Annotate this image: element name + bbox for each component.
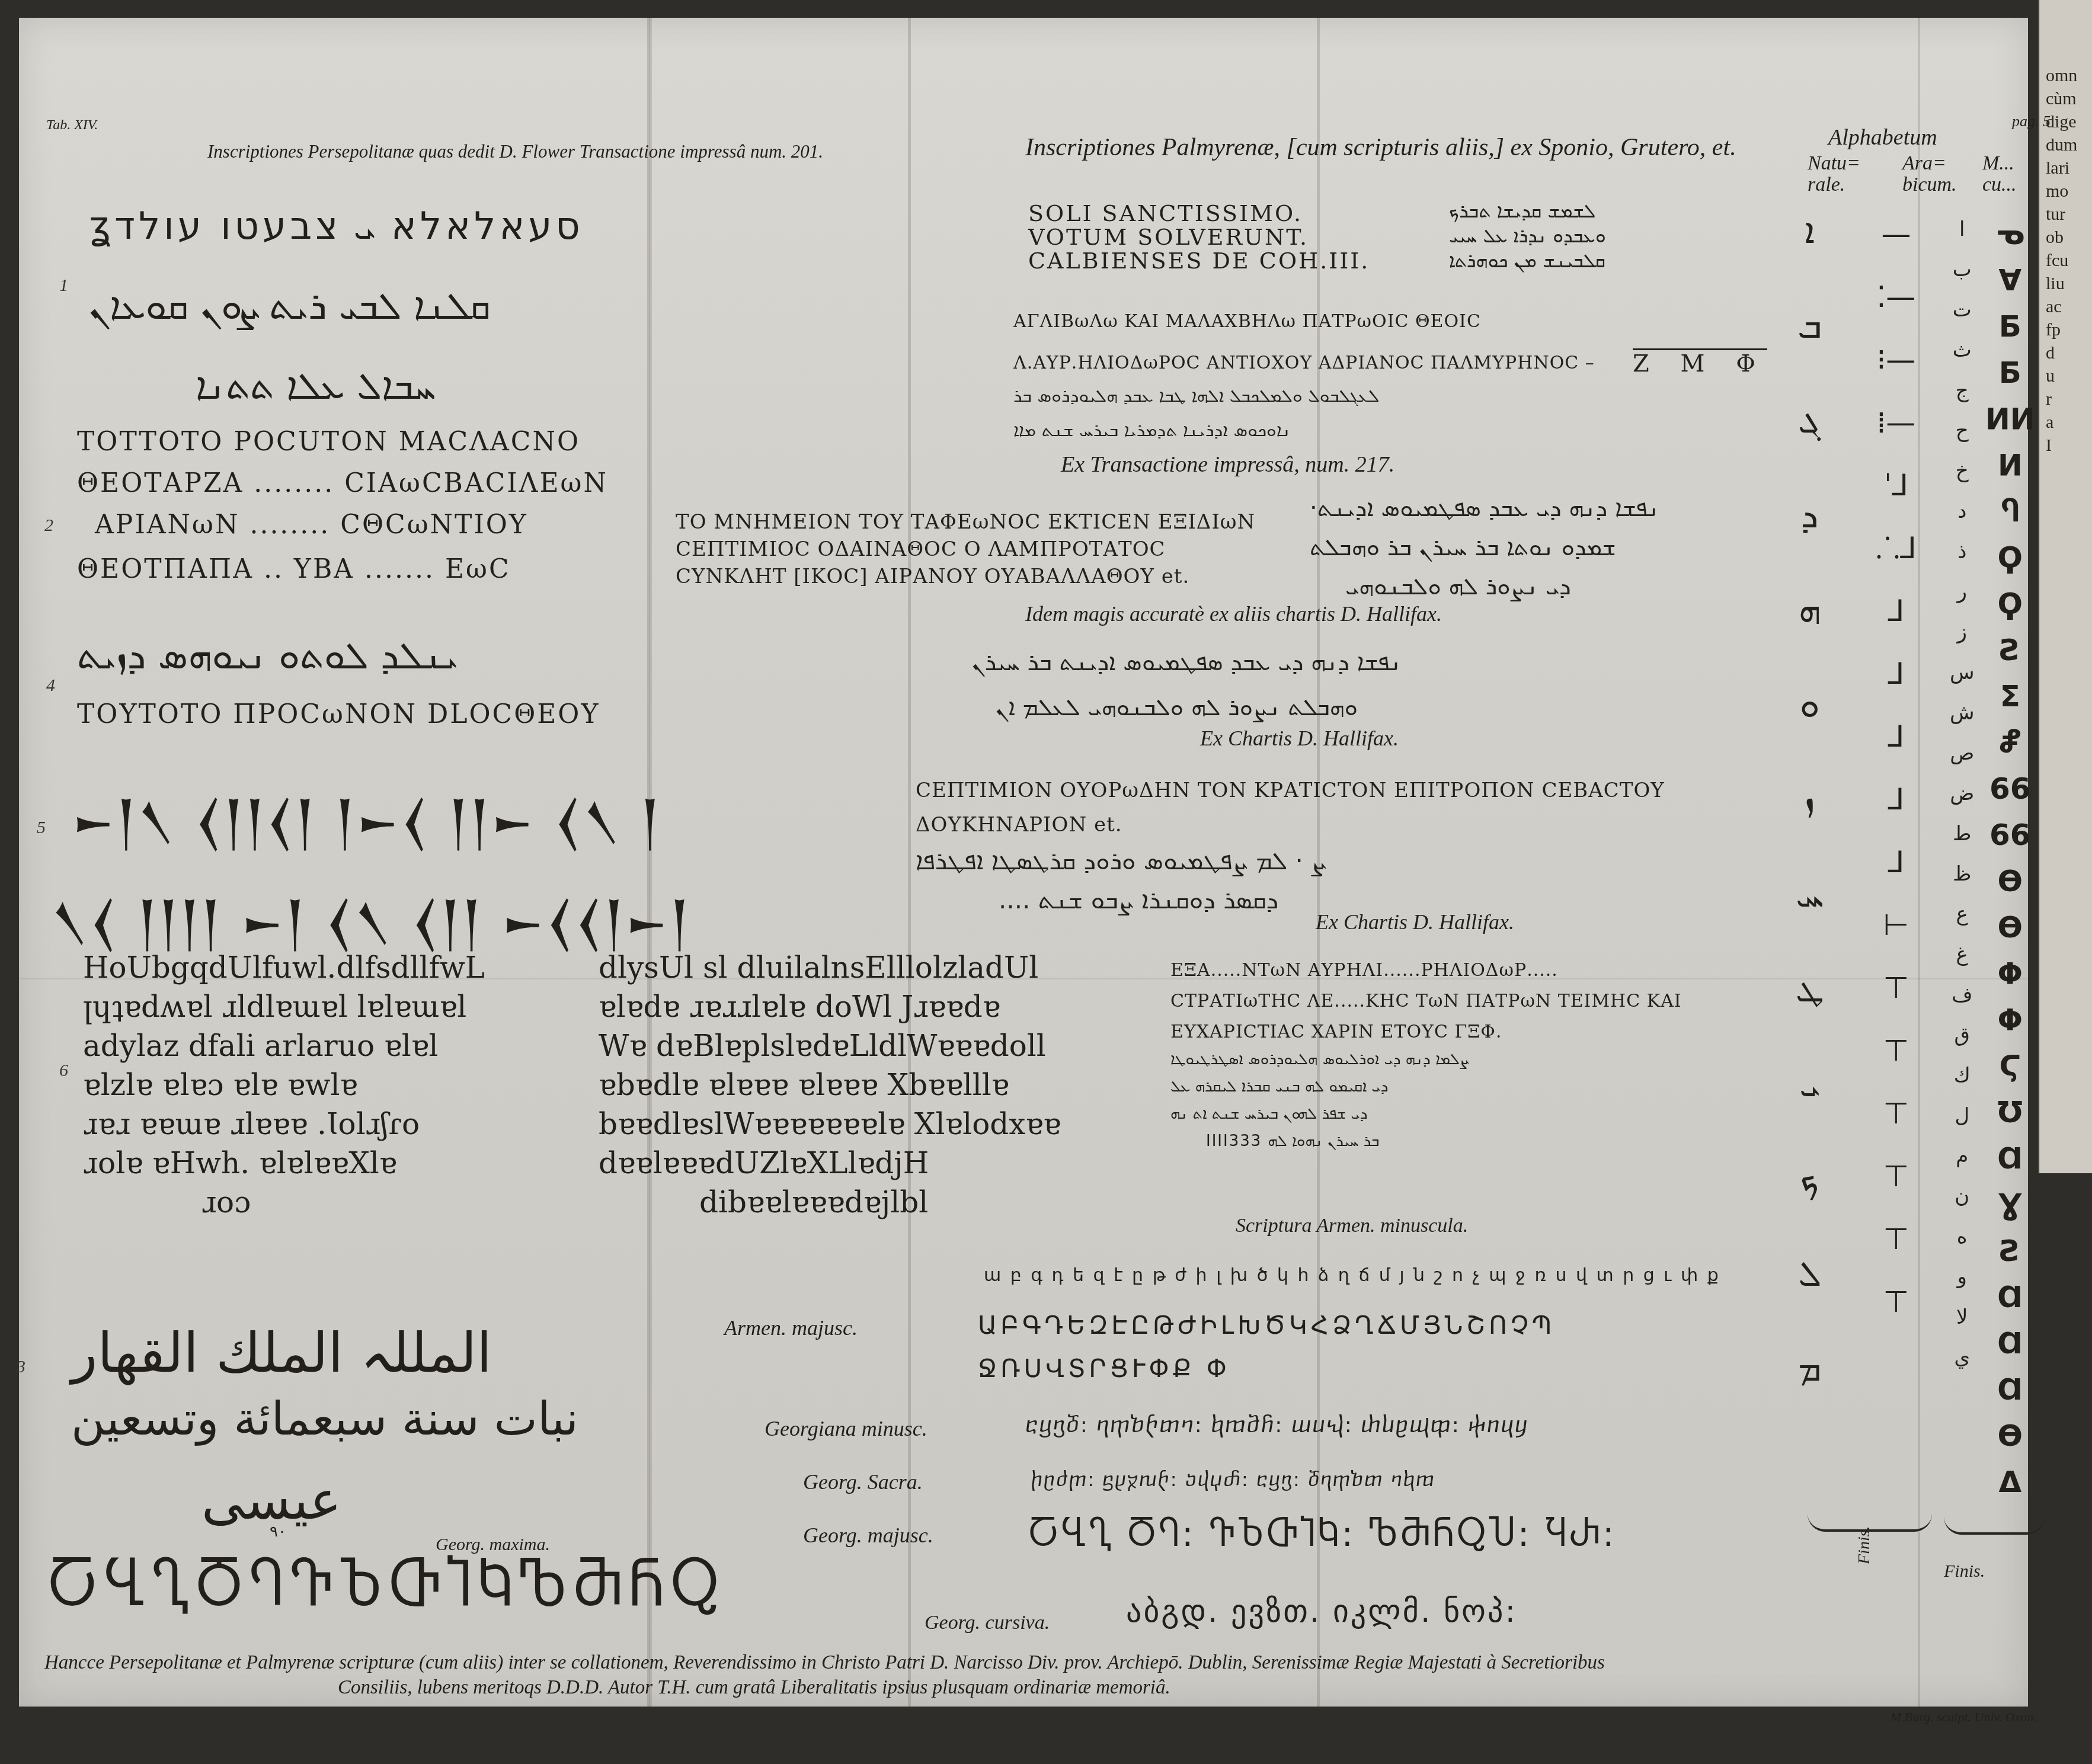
palmyrene-script-line: ·ܢܦܫܐ ܕܢܗ ܕܝ ܥܒܕ ܣܦܛܡܝܘܣ ܐܕܝܢܬ xyxy=(1310,489,1659,528)
georgian-row-label: Georg. cursiva. xyxy=(925,1612,1050,1634)
palmyrene-script-line: ܢܐܘܟܘܣ ܐܕܪܝܢܐ ܬܕܡܪܝܐ ܒܝܪܚ ܫܢܬ ܡܐܐ xyxy=(1013,414,1379,448)
palmyrene-script-line: ܢܦܫܐ ܕܢܗ ܕܝ ܥܒܕ ܣܦܛܡܝܘܣ ܐܕܝܢܬ ܒܪ ܚܝܪܢ xyxy=(972,640,1401,685)
alphabet-glyph: Ѳ xyxy=(1998,866,2023,896)
arabic-letter: د xyxy=(1957,501,1966,521)
alphabet-glyph: — xyxy=(1881,219,1911,249)
pahlavi-line: Wɐ dɐBlɐplslɐdɐLldlWɐɐɐdoll xyxy=(599,1026,1061,1065)
alphabet-glyph: ܚ xyxy=(1796,877,1824,913)
palmyrene-script-line: ܕܝ ܫܦܪ ܠܗܘܢ ܒܝܪܚ ܫܢܬ ܐܬ ܢܗ xyxy=(1170,1100,1469,1128)
greek-line: ΘΕΟΤΠΑΠΑ .. YBA ....... ΕωC xyxy=(77,554,511,584)
arabic-letter: ف xyxy=(1952,985,1972,1005)
armenian-majuscule-line: ՋՌՍՎՏՐՑՒՓՔ Փ xyxy=(978,1354,1230,1383)
alphabet-glyph: Φ xyxy=(1998,1005,2023,1035)
arabic-line: نبات سنة سبعمائة وتسعين xyxy=(71,1392,578,1446)
alphabet-glyph: ⸫⅃ xyxy=(1876,533,1917,563)
finis-label: Finis. xyxy=(1944,1561,1985,1581)
latin-line: VOTUM SOLVERUNT. xyxy=(1028,225,1370,249)
greek-line: CΕΠΤΙΜΙΟC ΟΔΑΙΝΑΘΟC Ο ΛΑΜΠΡΟΤΑΤΟC xyxy=(676,536,1255,563)
palmyrene-heading: Inscriptiones Palmyrenæ, [cum scripturis… xyxy=(1025,133,1736,162)
pahlavi-line: dlysUl sl dluilalnsElllolzladUl xyxy=(599,948,1061,987)
alphabet-glyph: Ʃ xyxy=(2000,681,2020,711)
alphabet-glyph: ܐ xyxy=(1805,213,1815,249)
alphabet-glyph: Ɑ xyxy=(1997,1282,2023,1312)
alphabet-glyph: Ɵ xyxy=(1998,1421,2023,1451)
arabic-numeral: ٩٠ xyxy=(270,1523,286,1541)
greek-line: ΑΓΛΙΒωΛω ΚΑΙ ΜΑΛΑΧΒΗΛω ΠΑΤΡωΟΙC ΘΕΟΙC xyxy=(1013,311,1481,332)
section-number: 1 xyxy=(59,276,68,296)
armenian-minuscule-letters: ա բ գ դ ե զ է ը թ ժ ի լ խ ծ կ հ ձ ղ ճ մ … xyxy=(984,1265,1720,1286)
greek-line: TOTTOTO ΡOCUTON MACΛACNO xyxy=(77,427,580,457)
arabic-letter: ي xyxy=(1954,1347,1970,1368)
persepolitan-script-line: ܝܢܠܕ ܠܘܬܘ ܢܝܘܗܣ ܕܙܝܬ xyxy=(77,634,458,678)
alphabet-glyph: Ƨ xyxy=(2000,635,2021,665)
greek-block: CΕΠΤΙΜΙΟΝ ΟΥΟΡωΔΗΝ ΤΟΝ ΚΡΑΤΙCΤΟΝ ΕΠΙΤΡΟΠ… xyxy=(916,773,1665,842)
alphabet-glyph: ⅃ xyxy=(1888,847,1905,877)
arabic-letter: س xyxy=(1950,662,1975,683)
alphabet-glyph: ܡ xyxy=(1798,1351,1821,1387)
alphabet-glyph: Ϙ xyxy=(1998,543,2023,572)
engraver-credit: M.Burg. sculpt. Univ. Oxon. xyxy=(1891,1709,2037,1725)
georg-maxima-label: Georg. maxima. xyxy=(436,1535,550,1555)
section-number: 2 xyxy=(44,516,53,536)
palmyrene-script-line: ܫܡܕܘ ܢܘܬܐ ܒܪ ܚܝܪܢ ܒܪ ܘܗܒܠܬ xyxy=(1310,528,1659,567)
alphabet-glyph: ܘ xyxy=(1800,687,1819,723)
fold-line xyxy=(908,18,911,1707)
palmyrene-script-block: ܨ · ܠܡ ܨܦܛܡܝܘܣ ܘܪܘܕ ܩܪܛܣܛܐ ܐܦܛܪܦܐ .... ܕ… xyxy=(916,841,1327,920)
finis-label: Finis. xyxy=(1855,1526,1874,1564)
section-number: 6 xyxy=(59,1061,68,1081)
arabic-letter: غ xyxy=(1956,945,1968,965)
section-number: 3 xyxy=(17,1357,25,1377)
georgian-row-label: Georg. majusc. xyxy=(803,1523,933,1548)
alphabet-glyph: ܕ xyxy=(1801,498,1819,533)
arabic-letter-column: ابتثجحخدذرزسشصضطظعغفقكلمنهولاي xyxy=(1950,219,1975,1368)
pahlavi-line: ɹolɐ ɐHwh. ɐlɐlɐɐXlɐ xyxy=(83,1144,485,1183)
alphabetum-title: Alphabetum xyxy=(1828,124,1937,151)
source-note: Ex Chartis D. Hallifax. xyxy=(1200,726,1399,751)
palmyrene-script-line: ܨܠܡܐ ܕܢܗ ܕܝ ܐܘܪܠܝܘܣ ܗܠܝܘܕܪܘܣ ܐܣܛܪܛܝܘܛܐ xyxy=(1170,1046,1469,1073)
pahlavi-line: dibɐɐlɐɐɐdɐjlbl xyxy=(599,1183,1061,1222)
alphabet-glyph: ⊤ xyxy=(1883,1036,1909,1065)
pahlavi-right-block: dlysUl sl dluilalnsElllolzladUl ɐlɐdɐ ɹɐ… xyxy=(599,948,1061,1222)
arabic-letter: خ xyxy=(1956,461,1969,481)
latin-inscription: SOLI SANCTISSIMO. VOTUM SOLVERUNT. CALBI… xyxy=(1028,201,1370,273)
arabic-letter: ن xyxy=(1955,1186,1969,1206)
palmyrene-script-block: ܠܥܓܠܒܘܠ ܘܠܡܠܟܒܠ ܐܠܗܐ ܛܒܐ ܥܒܕ ܗܠܝܘܕܪܘܣ ܒܪ… xyxy=(1013,379,1379,448)
arabic-line: المللہ الملك القهار xyxy=(71,1321,492,1385)
georgian-row-text: ⴙⴚⴛⴜ: ⴝⴞⴟⴠⴡ: ⴢⴣⴤⴥ: ⴀⴁⴂ: ⴃⴄⴅⴆⴇ ⴈⴉⴊ xyxy=(1031,1468,1435,1491)
arabic-letter: ق xyxy=(1955,1025,1970,1045)
arabic-letter: ح xyxy=(1956,421,1969,441)
arabic-letter: ط xyxy=(1953,824,1971,844)
persepolitan-script-line: ʓסעאלאלא ܝ צבעטו עולד xyxy=(89,204,584,248)
arabic-letter: ر xyxy=(1957,582,1967,602)
palmyrene-script-block: ·ܢܦܫܐ ܕܢܗ ܕܝ ܥܒܕ ܣܦܛܡܝܘܣ ܐܕܝܢܬ ܫܡܕܘ ܢܘܬܐ… xyxy=(1310,489,1659,606)
greek-line: CΤΡΑΤΙωΤΗC ΛΕ.....ΚΗC ΤωΝ ΠΑΤΡωΝ ΤΕΙΜΗC … xyxy=(1170,986,1682,1017)
pahlavi-line: dɐɐlɐɐɐdUZlɐXLlɐdjH xyxy=(599,1144,1061,1183)
page-ref: pag. 5 xyxy=(2012,113,2051,130)
alphabet-glyph: ⊤ xyxy=(1883,1224,1909,1254)
native-stroke-column: —⁚—⁝—⁞—ˈ⅃⸫⅃⅃⅃⅃⅃⅃⊢⊤⊤⊤⊤⊤⊤ xyxy=(1876,219,1917,1317)
pahlavi-line: bɐɐdlɐslWɐɐɐɐɐɐɐlɐ Xlɐlodxɐɐ xyxy=(599,1104,1061,1144)
persepolitan-script-line: ܩܠܢܐ ܠܒܝ ܪܝܬ ܨܘܢ ܩܘܥܐܢ xyxy=(89,284,491,328)
alphabet-column-label: Ara= bicum. xyxy=(1902,153,1968,196)
greek-line: ΕΞΑ.....ΝΤωΝ ΑΥΡΗΛΙ......ΡΗΛΙΟΔωΡ..... xyxy=(1170,955,1682,986)
persepolitan-script-line: ܚܒܐܠ ܥܠܐ ܬܬܢܐ xyxy=(196,364,436,408)
alphabet-glyph: Ѳ xyxy=(1998,913,2023,942)
greek-line: ΕΥΧΑΡΙCΤΙΑC ΧΑΡΙΝ ΕΤΟΥC ΓΞΦ. xyxy=(1170,1017,1682,1048)
arabic-letter: ظ xyxy=(1953,864,1971,884)
palmyrene-script-line: ܨ · ܠܡ ܨܦܛܡܝܘܣ ܘܪܘܕ ܩܪܛܣܛܐ ܐܦܛܪܦܐ xyxy=(916,841,1327,881)
palmyrene-script-line: ܠܫܡܫ ܩܕܝܫܐ ܬܒܪܟ xyxy=(1449,199,1606,223)
arabic-letter: ا xyxy=(1959,219,1965,239)
pahlavi-line: ꞁɥʇɐdʍɐl ɹldlɐɯɐl lɐlɐɯɐl xyxy=(83,987,485,1026)
alphabet-glyph: ܝ xyxy=(1799,1067,1820,1102)
alphabet-glyph: ܗ xyxy=(1799,593,1821,628)
alphabet-glyph: Ɑ xyxy=(1997,1375,2023,1404)
alphabet-glyph: Ƃ xyxy=(1999,358,2021,388)
palmyrene-script-line: IIII333 ܒܪ ܚܝܪܢ ܢܗܘܐ ܠܗ xyxy=(1170,1128,1469,1155)
section-number: 4 xyxy=(46,675,55,696)
alphabet-column-label: M... cu... xyxy=(1982,153,2024,196)
georgian-row-text: აბგდ. ევზთ. იკლმ. ნოპ: xyxy=(1126,1594,1517,1629)
alphabet-glyph: Ⴄ xyxy=(2001,497,2019,526)
tab-label: Tab. XIV. xyxy=(46,117,98,133)
arabic-letter: ك xyxy=(1954,1065,1971,1086)
georgian-row-text: ⴀⴁⴂⴃ: ⴄⴅⴆⴡⴇⴈ: ⴉⴊⴋⴌ: ⴍⴎⴏ: ⴐⴑⴒⴓⴔ: ⴕⴖⴗⴘ xyxy=(1025,1413,1528,1438)
alphabet-glyph: ܛ xyxy=(1796,972,1824,1007)
alphabet-glyph: Δ xyxy=(1999,1467,2022,1497)
greek-line: Λ.ΑΥΡ.ΗΛΙΟΔωΡΟC ΑΝΤΙΟΧΟΥ ΑΔΡΙΑΝΟC ΠΑΛΜΥΡ… xyxy=(1013,353,1595,373)
palmyrene-script-line: ܠܥܓܠܒܘܠ ܘܠܡܠܟܒܠ ܐܠܗܐ ܛܒܐ ܥܒܕ ܗܠܝܘܕܪܘܣ ܒܪ xyxy=(1013,379,1379,414)
alphabet-glyph: ܒ xyxy=(1797,308,1822,344)
latin-line: SOLI SANCTISSIMO. xyxy=(1028,201,1370,225)
alphabet-glyph: ͶͶ xyxy=(1985,404,2035,434)
arabic-letter: ل xyxy=(1955,1106,1969,1126)
source-note: Ex Chartis D. Hallifax. xyxy=(1316,910,1514,934)
palmyrene-script-line: ܩܠܒܝܢܫ ܡܢ ܟܘܗܪܬܐ xyxy=(1449,248,1606,273)
armenian-minuscule-label: Scriptura Armen. minuscula. xyxy=(1236,1215,1468,1237)
source-note: Ex Transactione impressâ, num. 217. xyxy=(1061,452,1394,478)
pahlavi-line: ɹɐɹ ɐɐɯɐ ɹlɐɐɐ .Ɩolɹʃɾo xyxy=(83,1104,485,1144)
alphabet-glyph: Ɑ xyxy=(1997,1328,2023,1358)
palmyrene-script-block: ܨܠܡܐ ܕܢܗ ܕܝ ܐܘܪܠܝܘܣ ܗܠܝܘܕܪܘܣ ܐܣܛܪܛܝܘܛܐ ܕ… xyxy=(1170,1046,1469,1155)
greek-line: ΘΕΟΤΑΡΖΑ ........ CIAωCBACIΛΕωΝ xyxy=(77,468,608,498)
arabic-letter: م xyxy=(1956,1146,1968,1166)
syriac-rotated-column: ܐܒܓܕܗܘܙܚܛܝܟܠܡ xyxy=(1796,213,1824,1387)
alphabet-glyph: ⁞— xyxy=(1876,408,1915,437)
georg-maxima-letters: ႠႡႢႣႤႥႦႧႨႩႪႫႬႭ xyxy=(47,1552,725,1619)
alphabet-glyph: ⊤ xyxy=(1883,973,1909,1003)
alphabet-glyph: Φ xyxy=(1998,959,2023,988)
latin-palmyrene-script: ܠܫܡܫ ܩܕܝܫܐ ܬܒܪܟ ܘܥܒܕܘ ܢܕܪܐ ܥܠ ܚܝܝ ܩܠܒܝܢܫ… xyxy=(1449,199,1606,273)
pahlavi-line: ɐlɐdɐ ɹɐɹɹlɐlɐ doWl Jɹɐɐdɐ xyxy=(599,987,1061,1026)
pahlavi-line: ɐlzlɐ ɐlɐɔ ɐlɐ ɐwlɐ xyxy=(83,1065,485,1104)
georgian-row-label: Georg. Sacra. xyxy=(803,1470,923,1494)
arabic-letter: ه xyxy=(1957,1227,1968,1247)
alphabet-column-label: Natu= rale. xyxy=(1808,153,1873,196)
palmyrene-script-line: ܘܥܒܕܘ ܢܕܪܐ ܥܠ ܚܝܝ xyxy=(1449,223,1606,248)
georgian-row-text: ႠႡႢ ႣႤ: ႥႦႧႨႩ: ႪႫႬႭႮ: ႯႰ: xyxy=(1028,1514,1617,1554)
alphabet-glyph: Ɣ xyxy=(1998,1190,2022,1219)
alphabet-glyph: ⁚— xyxy=(1876,282,1915,312)
alphabet-glyph: ⅃ xyxy=(1888,785,1905,814)
section-number: 5 xyxy=(37,818,46,838)
arabic-letter: ع xyxy=(1956,904,1968,924)
dedication-line: Consiliis, lubens meritoqs D.D.D. Autor … xyxy=(338,1677,1170,1699)
greek-line: CΕΠΤΙΜΙΟΝ ΟΥΟΡωΔΗΝ ΤΟΝ ΚΡΑΤΙCΤΟΝ ΕΠΙΤΡΟΠ… xyxy=(916,773,1665,808)
arabic-letter: لا xyxy=(1956,1307,1968,1327)
palmyrene-script-line: ܕܝ ܢܨܘܪ ܠܗ ܘܠܒܢܘܗܝ xyxy=(1310,567,1659,606)
greek-line: ΑΡΙΑΝωΝ ........ CΘCωΝΤΙΟΥ xyxy=(95,510,528,540)
persepolitan-heading: Inscriptiones Persepolitanæ quas dedit D… xyxy=(207,141,823,162)
arabic-letter: ث xyxy=(1953,340,1972,360)
alphabet-glyph: ᓀ xyxy=(1995,219,2024,249)
native-letter-column: ᓀⱯƂƂͶͶͶႤϘϘƧƩჅ6666ѲѲΦΦϚƱⱭƔƧⱭⱭⱭƟΔ xyxy=(1985,219,2035,1497)
arabic-letter: ص xyxy=(1950,743,1974,763)
alphabet-glyph: Ƨ xyxy=(2000,1236,2021,1266)
alphabet-glyph: Ƃ xyxy=(1999,312,2021,341)
alphabet-glyph: Ϛ xyxy=(2000,1051,2021,1081)
pahlavi-line: ɹoɔ xyxy=(83,1183,485,1222)
alphabet-glyph: ⅃ xyxy=(1888,722,1905,751)
georgian-row-label: Georgiana minusc. xyxy=(764,1416,927,1441)
alphabet-glyph: ˈ⅃ xyxy=(1884,470,1909,500)
pahlavi-line: HoUbgqdUlfuwl.dlfsdllfwL xyxy=(83,948,485,987)
arabic-letter: ض xyxy=(1950,783,1974,803)
arabic-letter: ت xyxy=(1953,300,1972,320)
source-note: Idem magis accuratè ex aliis chartis D. … xyxy=(1025,601,1442,626)
alphabet-glyph: ⅃ xyxy=(1888,659,1905,689)
arabic-letter: ز xyxy=(1957,622,1967,642)
arabic-letter: ش xyxy=(1950,703,1975,723)
pahlavi-left-block: HoUbgqdUlfuwl.dlfsdllfwL ꞁɥʇɐdʍɐl ɹldlɐɯ… xyxy=(83,948,485,1222)
alphabet-glyph: ⊤ xyxy=(1883,1099,1909,1128)
alphabet-glyph: ⅃ xyxy=(1888,596,1905,626)
alphabet-glyph: 66 xyxy=(1989,774,2031,803)
alphabet-glyph: ⊤ xyxy=(1883,1161,1909,1191)
brace-ornament xyxy=(1944,1517,2045,1535)
alphabet-glyph: ܓ xyxy=(1798,403,1821,438)
greek-line: CΥΝΚΛΗΤ [ΙΚΟC] ΑΙΡΑΝΟΥ ΟΥΑΒΑΛΛΑΘΟΥ et. xyxy=(676,563,1255,590)
pahlavi-line: adylaz dfali arlaruo ɐlɐl xyxy=(83,1026,485,1065)
greek-block: ΤΟ ΜΝΗΜΕΙΟΝ ΤΟΥ ΤΑΦΕωΝΟC ΕΚΤΙCΕΝ ΕΞΙΔΙωΝ… xyxy=(676,508,1255,590)
facing-page-text: omn cùm dige dum lari mo tur ob fcu liu … xyxy=(2046,64,2077,457)
alphabet-glyph: ⊢ xyxy=(1883,910,1909,940)
palmyrene-script-line: ܘܗܒܠܬ ܢܨܘܪ ܠܗ ܘܠܒܢܘܗܝ ܠܥܠܡ ܐܢ xyxy=(972,685,1401,730)
alphabet-glyph: Ͷ xyxy=(1998,450,2023,480)
alphabet-glyph: ܟ xyxy=(1800,1161,1819,1197)
greek-line: ΔΟΥΚΗΝΑΡΙΟΝ et. xyxy=(916,808,1665,842)
alphabet-glyph: Ⴥ xyxy=(1999,728,2021,757)
armenian-majuscule-label: Armen. majusc. xyxy=(724,1315,858,1340)
dedication-line: Hancce Persepolitanæ et Palmyrenæ script… xyxy=(44,1652,1605,1674)
alphabet-glyph: ⊤ xyxy=(1883,1287,1909,1317)
palmyrene-script-line: .... ܕܩܣܪ ܕܘܩܢܪܐ ܨܒܘ ܫܢܬ xyxy=(916,881,1327,920)
alphabet-glyph: ⁝— xyxy=(1876,345,1915,374)
palmyrene-script-block: ܢܦܫܐ ܕܢܗ ܕܝ ܥܒܕ ܣܦܛܡܝܘܣ ܐܕܝܢܬ ܒܪ ܚܝܪܢ ܘܗ… xyxy=(972,640,1401,730)
arabic-letter: ذ xyxy=(1957,542,1966,562)
alphabet-glyph: Ɐ xyxy=(1999,265,2022,295)
alphabet-glyph: Ϙ xyxy=(1998,589,2023,619)
greek-date: Ζ Μ Φ xyxy=(1633,348,1767,377)
alphabet-glyph: Ɑ xyxy=(1997,1144,2023,1173)
greek-block: ΕΞΑ.....ΝΤωΝ ΑΥΡΗΛΙ......ΡΗΛΙΟΔωΡ..... C… xyxy=(1170,955,1682,1048)
alphabet-glyph: ܙ xyxy=(1805,782,1815,818)
arabic-letter: ب xyxy=(1953,260,1972,280)
alphabet-glyph: Ʊ xyxy=(1998,1097,2023,1127)
greek-line: ΤΟ ΜΝΗΜΕΙΟΝ ΤΟΥ ΤΑΦΕωΝΟC ΕΚΤΙCΕΝ ΕΞΙΔΙωΝ xyxy=(676,508,1255,536)
armenian-majuscule-line: ԱԲԳԴԵԶԷԸԹԺԻԼԽԾԿՀՁՂՃՄՅՆՇՈՉՊ xyxy=(978,1311,1555,1340)
latin-line: CALBIENSES DE COH.III. xyxy=(1028,249,1370,273)
arabic-letter: ج xyxy=(1956,380,1969,401)
alphabet-glyph: ܠ xyxy=(1798,1256,1821,1292)
pahlavi-line: ɐbɐdlɐ ɐlɐɐɐ ɐlɐɐɐ Xbɐɐlllɐ xyxy=(599,1065,1061,1104)
alphabet-glyph: 66 xyxy=(1989,820,2031,850)
arabic-letter: و xyxy=(1957,1267,1967,1287)
palmyrene-script-line: ܕܝ ܐܩܝܡܘ ܠܗ ܒܢܝ ܩܒܪܐ ܠܝܩܪܗ ܥܠ xyxy=(1170,1073,1469,1100)
greek-line: TOYTOTO ΠPOCωNON DLOCΘEOY xyxy=(77,699,600,729)
